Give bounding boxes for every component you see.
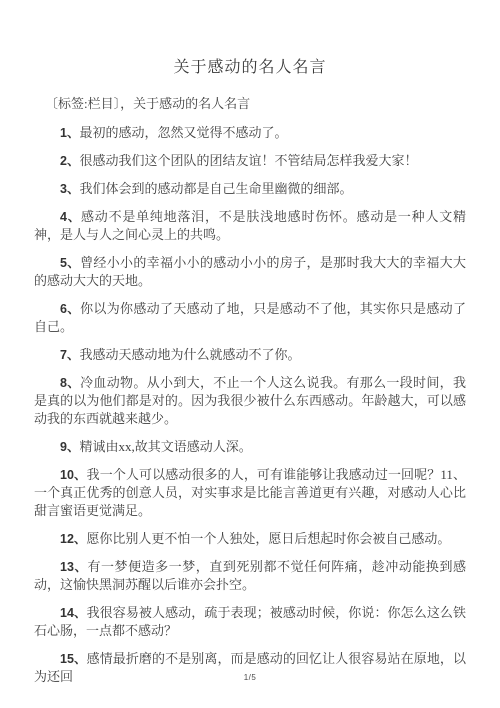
quote-text: 你以为你感动了天感动了地，只是感动不了他，其实你只是感动了自己。: [34, 301, 466, 334]
quote-text: 感动不是单纯地落泪，不是肤浅地感时伤怀。感动是一种人文精神，是人与人之间心灵上的…: [34, 209, 466, 242]
quote-number: 6、: [60, 302, 80, 316]
quote-number: 13、: [60, 560, 87, 574]
quote-list: 1、最初的感动，忽然又觉得不感动了。 2、很感动我们这个团队的团结友谊！不管结局…: [34, 124, 466, 686]
quote-number: 12、: [60, 532, 86, 546]
quote-number: 3、: [60, 182, 79, 196]
quote-number: 4、: [60, 210, 81, 224]
quote-number: 10、: [60, 468, 87, 482]
quote-number: 1、: [60, 126, 79, 140]
quote-paragraph: 3、我们体会到的感动都是自己生命里幽微的细部。: [34, 180, 466, 198]
quote-text: 我感动天感动地为什么就感动不了你。: [79, 347, 300, 362]
quote-text: 曾经小小的幸福小小的感动小小的房子，是那时我大大的幸福大大的感动大大的天地。: [34, 255, 466, 288]
quote-number: 8、: [60, 376, 80, 390]
quote-paragraph: 2、很感动我们这个团队的团结友谊！不管结局怎样我爱大家！: [34, 152, 466, 170]
quote-paragraph: 8、冷血动物。从小到大，不止一个人这么说我。有那么一段时间，我是真的以为他们都是…: [34, 374, 466, 428]
quote-number: 14、: [60, 606, 87, 620]
quote-paragraph: 4、感动不是单纯地落泪，不是肤浅地感时伤怀。感动是一种人文精神，是人与人之间心灵…: [34, 208, 466, 244]
quote-paragraph: 9、精诚由xx,故其文语感动人深。: [34, 438, 466, 456]
quote-number: 15、: [60, 652, 87, 666]
quote-paragraph: 13、有一梦便造多一梦，直到死别都不觉任何阵痛，趁冲动能换到感动，这愉快黑洞苏醒…: [34, 558, 466, 594]
quote-paragraph: 12、愿你比别人更不怕一个人独处，愿日后想起时你会被自己感动。: [34, 530, 466, 548]
quote-paragraph: 5、曾经小小的幸福小小的感动小小的房子，是那时我大大的幸福大大的感动大大的天地。: [34, 254, 466, 290]
quote-paragraph: 6、你以为你感动了天感动了地，只是感动不了他，其实你只是感动了自己。: [34, 300, 466, 336]
document-page: 关于感动的名人名言 〔标签:栏目〕，关于感动的名人名言 1、最初的感动，忽然又觉…: [0, 0, 500, 708]
quote-paragraph: 10、我一个人可以感动很多的人，可有谁能够让我感动过一回呢？11、一个真正优秀的…: [34, 466, 466, 520]
quote-number: 2、: [60, 154, 79, 168]
quote-paragraph: 14、我很容易被人感动，疏于表现；被感动时候，你说：你怎么这么铁石心肠，一点都不…: [34, 604, 466, 640]
quote-paragraph: 7、我感动天感动地为什么就感动不了你。: [34, 346, 466, 364]
quote-text: 我们体会到的感动都是自己生命里幽微的细部。: [79, 181, 352, 196]
quote-number: 5、: [60, 256, 80, 270]
quote-text: 我一个人可以感动很多的人，可有谁能够让我感动过一回呢？11、一个真正优秀的创意人…: [34, 467, 466, 518]
quote-number: 7、: [60, 348, 79, 362]
quote-paragraph: 1、最初的感动，忽然又觉得不感动了。: [34, 124, 466, 142]
quote-text: 最初的感动，忽然又觉得不感动了。: [79, 125, 287, 140]
quote-text: 有一梦便造多一梦，直到死别都不觉任何阵痛，趁冲动能换到感动，这愉快黑洞苏醒以后谁…: [34, 559, 466, 592]
quote-text: 冷血动物。从小到大，不止一个人这么说我。有那么一段时间，我是真的以为他们都是对的…: [34, 375, 466, 426]
quote-text: 很感动我们这个团队的团结友谊！不管结局怎样我爱大家！: [79, 153, 417, 168]
quote-text: 精诚由xx,故其文语感动人深。: [79, 439, 251, 454]
quote-text: 我很容易被人感动，疏于表现；被感动时候，你说：你怎么这么铁石心肠，一点都不感动？: [34, 605, 466, 638]
page-number-footer: 1/5: [0, 673, 500, 682]
quote-number: 9、: [60, 440, 79, 454]
tag-line: 〔标签:栏目〕，关于感动的名人名言: [34, 94, 466, 114]
page-title: 关于感动的名人名言: [34, 58, 466, 78]
quote-text: 愿你比别人更不怕一个人独处，愿日后想起时你会被自己感动。: [86, 531, 450, 546]
